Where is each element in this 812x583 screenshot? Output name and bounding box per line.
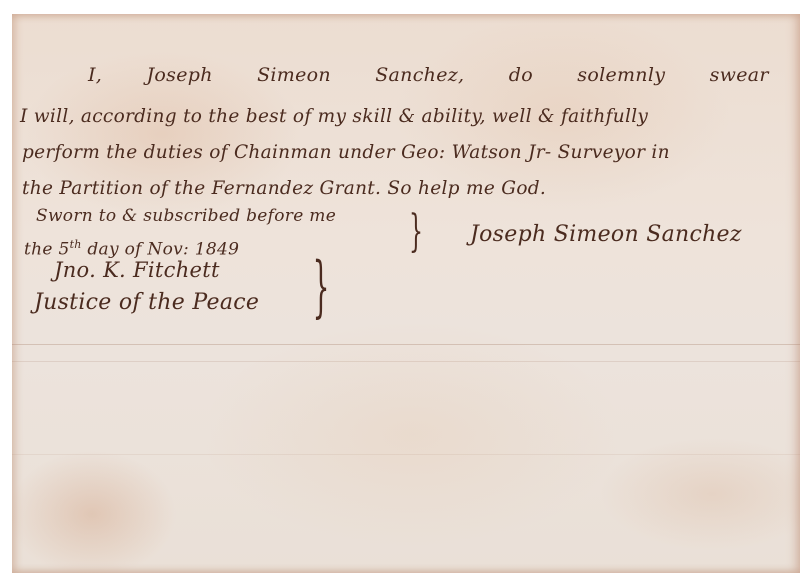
official-title: Justice of the Peace [34,290,259,315]
official-name: Jno. K. Fitchett [54,258,220,282]
brace-mark: } [313,248,330,325]
jurat-date-prefix: the 5 [24,240,70,260]
brace-mark: } [409,206,423,257]
jurat-line-1: Sworn to & subscribed before me [36,206,336,226]
jurat-date: the 5th day of Nov: 1849 [24,238,239,260]
oath-line-4: the Partition of the Fernandez Grant. So… [22,178,546,199]
fold-crease [12,344,800,345]
oath-line-2: I will, according to the best of my skil… [20,106,648,127]
oath-line-3: perform the duties of Chainman under Geo… [22,142,670,163]
oath-line-1: I, Joseph Simeon Sanchez, do solemnly sw… [88,64,812,86]
jurat-date-ordinal: th [70,238,82,251]
fold-crease [12,361,800,362]
fold-crease [12,454,800,455]
jurat-date-suffix: day of Nov: 1849 [82,240,240,260]
signature: Joseph Simeon Sanchez [470,222,742,247]
